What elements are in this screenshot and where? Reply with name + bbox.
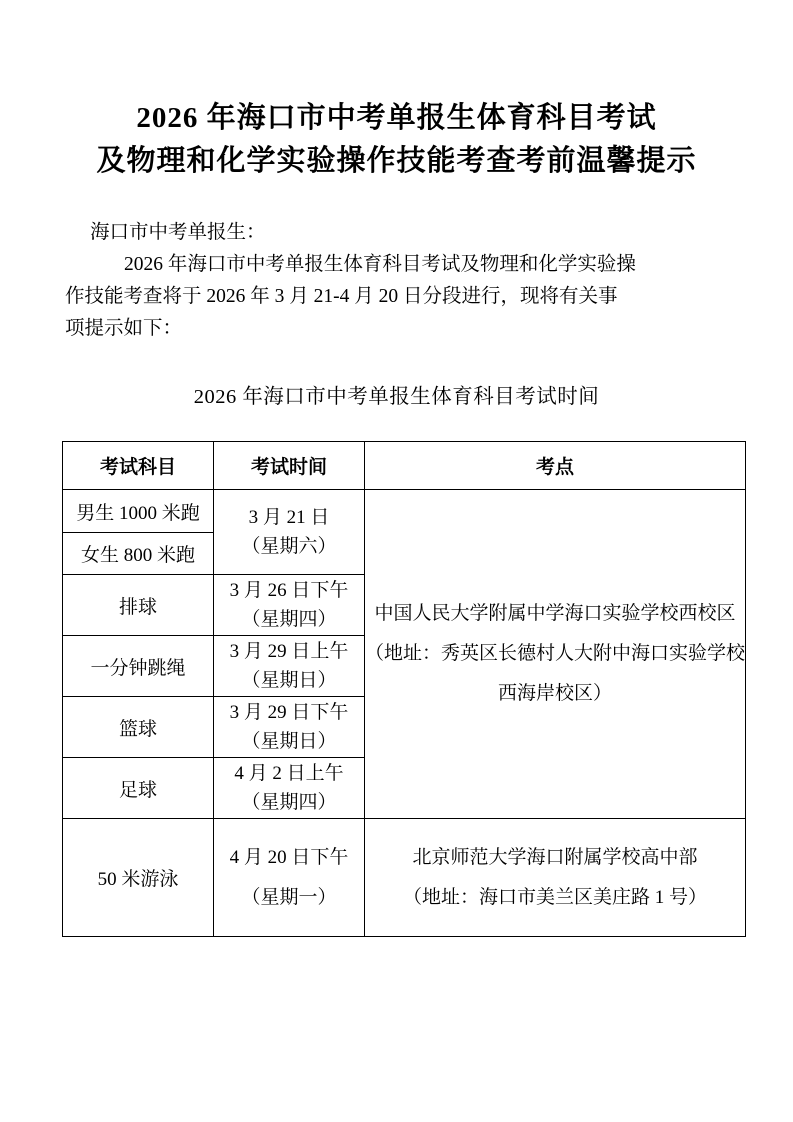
- subject-cell: 足球: [63, 758, 214, 819]
- col-header-venue: 考点: [365, 442, 746, 490]
- venue-cell: 北京师范大学海口附属学校高中部 （地址：海口市美兰区美庄路 1 号）: [365, 819, 746, 937]
- col-header-time: 考试时间: [214, 442, 365, 490]
- time-cell: 3 月 29 日上午 （星期日）: [214, 636, 365, 697]
- table-header-row: 考试科目 考试时间 考点: [63, 442, 746, 490]
- subject-cell: 排球: [63, 575, 214, 636]
- paragraph-line: 2026 年海口市中考单报生体育科目考试及物理和化学实验操: [124, 249, 705, 281]
- subject-cell: 男生 1000 米跑: [63, 490, 214, 533]
- time-cell: 4 月 20 日下午 （星期一）: [214, 819, 365, 937]
- time-weekday: （星期四）: [214, 605, 364, 634]
- salutation: 海口市中考单报生：: [90, 217, 705, 249]
- subject-cell: 女生 800 米跑: [63, 533, 214, 575]
- col-header-subject: 考试科目: [63, 442, 214, 490]
- paragraph-line: 作技能考查将于 2026 年 3 月 21-4 月 20 日分段进行，现将有关事: [65, 281, 705, 313]
- document-title-line2: 及物理和化学实验操作技能考查考前温馨提示: [0, 140, 793, 183]
- table-row: 50 米游泳 4 月 20 日下午 （星期一） 北京师范大学海口附属学校高中部 …: [63, 819, 746, 937]
- venue-cell: 中国人民大学附属中学海口实验学校西校区 （地址：秀英区长德村人大附中海口实验学校…: [365, 490, 746, 819]
- document-title: 2026 年海口市中考单报生体育科目考试 及物理和化学实验操作技能考查考前温馨提…: [0, 97, 793, 183]
- venue-line: （地址：海口市美兰区美庄路 1 号）: [365, 878, 745, 918]
- document-title-line1: 2026 年海口市中考单报生体育科目考试: [0, 97, 793, 140]
- subject-cell: 一分钟跳绳: [63, 636, 214, 697]
- venue-line: 中国人民大学附属中学海口实验学校西校区: [365, 594, 745, 634]
- document-page: 2026 年海口市中考单报生体育科目考试 及物理和化学实验操作技能考查考前温馨提…: [0, 0, 793, 1122]
- time-date: 3 月 29 日下午: [214, 698, 364, 727]
- paragraph-line: 项提示如下：: [65, 313, 705, 345]
- time-weekday: （星期四）: [214, 788, 364, 817]
- time-weekday: （星期日）: [214, 666, 364, 695]
- time-cell: 3 月 29 日下午 （星期日）: [214, 697, 365, 758]
- time-cell: 3 月 21 日 （星期六）: [214, 490, 365, 575]
- time-date: 3 月 21 日: [214, 503, 364, 532]
- time-weekday: （星期日）: [214, 727, 364, 756]
- venue-line: 西海岸校区）: [365, 674, 745, 714]
- schedule-heading: 2026 年海口市中考单报生体育科目考试时间: [0, 379, 793, 409]
- subject-cell: 篮球: [63, 697, 214, 758]
- time-date: 3 月 26 日下午: [214, 576, 364, 605]
- venue-line: （地址：秀英区长德村人大附中海口实验学校: [365, 634, 745, 674]
- body-text: 海口市中考单报生： 2026 年海口市中考单报生体育科目考试及物理和化学实验操 …: [65, 217, 705, 345]
- table-row: 男生 1000 米跑 3 月 21 日 （星期六） 中国人民大学附属中学海口实验…: [63, 490, 746, 533]
- time-weekday: （星期一）: [214, 878, 364, 918]
- time-date: 4 月 20 日下午: [214, 838, 364, 878]
- time-cell: 4 月 2 日上午 （星期四）: [214, 758, 365, 819]
- time-cell: 3 月 26 日下午 （星期四）: [214, 575, 365, 636]
- subject-cell: 50 米游泳: [63, 819, 214, 937]
- schedule-table: 考试科目 考试时间 考点 男生 1000 米跑 3 月 21 日 （星期六） 中…: [62, 441, 746, 937]
- time-date: 3 月 29 日上午: [214, 637, 364, 666]
- time-date: 4 月 2 日上午: [214, 759, 364, 788]
- time-weekday: （星期六）: [214, 532, 364, 561]
- venue-line: 北京师范大学海口附属学校高中部: [365, 838, 745, 878]
